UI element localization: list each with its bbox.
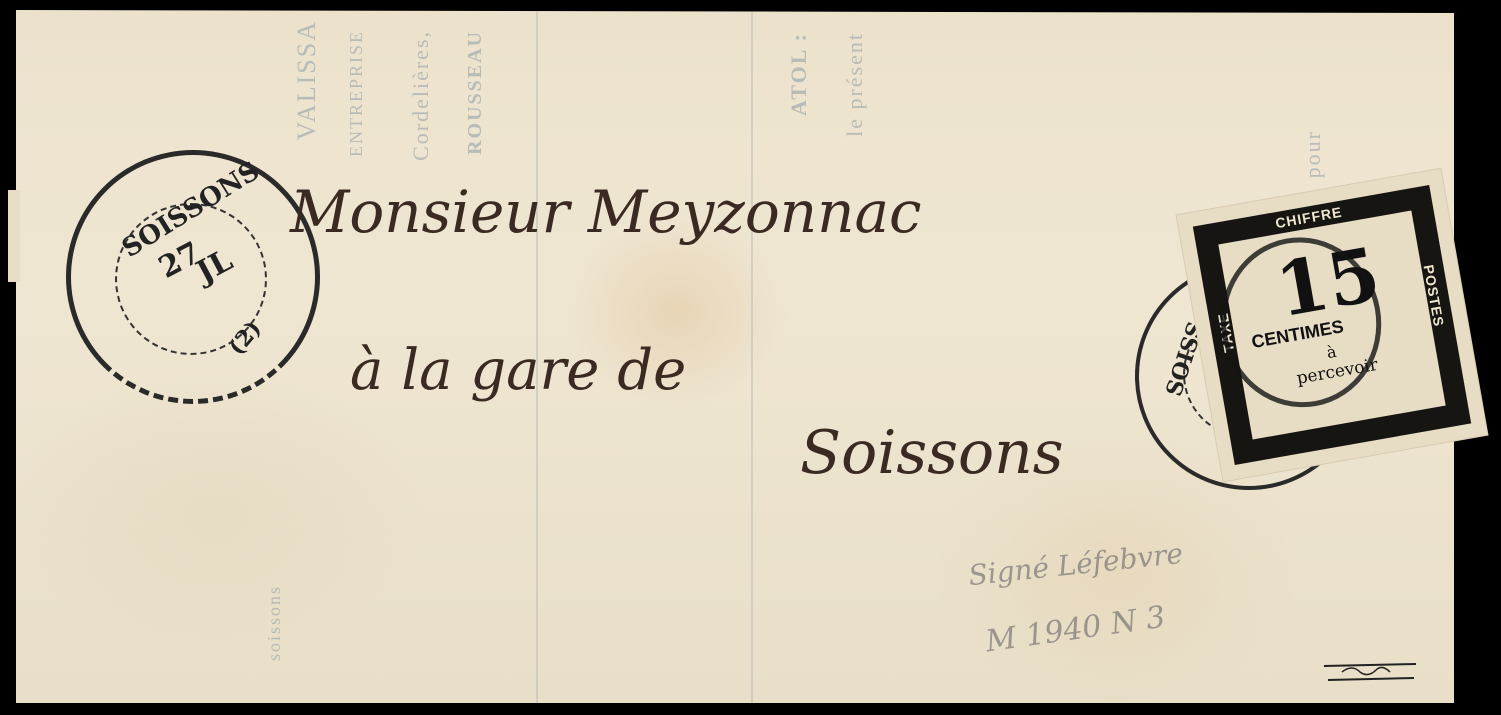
showthrough-text: pour xyxy=(1300,130,1326,178)
showthrough-text: ROUSSEAU xyxy=(464,30,487,155)
address-line-3: Soissons xyxy=(800,418,1064,488)
fold-line xyxy=(751,10,753,703)
expert-signature-icon xyxy=(1322,660,1418,684)
showthrough-text: ENTREPRISE xyxy=(346,30,367,157)
showthrough-text: VALISSA xyxy=(292,20,322,140)
showthrough-text: le présent xyxy=(842,32,868,137)
postmark-left: SOISSONS 27 JL (2) xyxy=(66,150,320,404)
showthrough-text: Cordelières, xyxy=(408,30,434,161)
showthrough-text: soissons xyxy=(264,585,285,661)
postage-due-stamp: CHIFFRE POSTES TAXE 15 CENTIMES à percev… xyxy=(1177,169,1488,481)
address-line-1: Monsieur Meyzonnac xyxy=(290,178,922,246)
envelope-flap-edge xyxy=(8,190,20,282)
address-line-2: à la gare de xyxy=(350,338,686,403)
showthrough-text: ATOL : xyxy=(786,32,812,116)
